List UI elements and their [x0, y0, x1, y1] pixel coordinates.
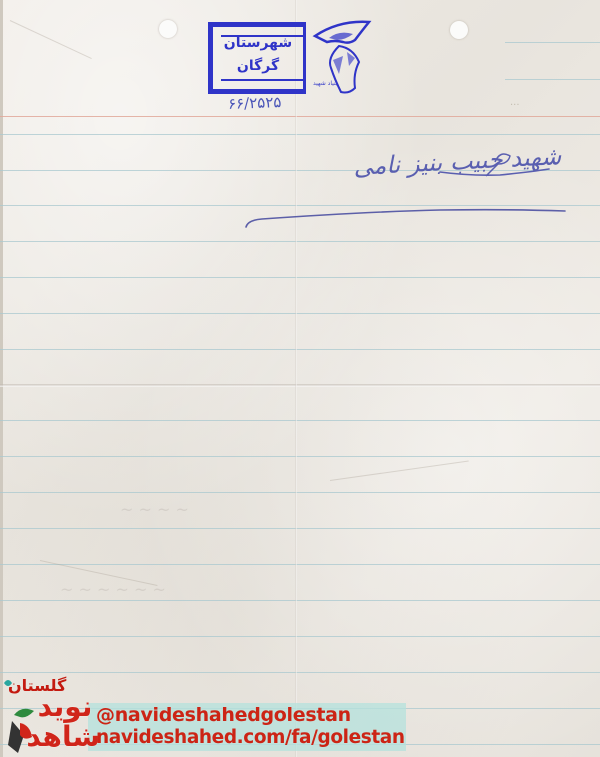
faint-note: ... — [510, 97, 520, 108]
vertical-fold — [295, 0, 297, 757]
bleed-through-text: ~ ~ ~ ~ — [120, 500, 189, 519]
ruled-line — [505, 79, 600, 80]
handwritten-title: شهید حبیب بنیز نامی — [261, 142, 564, 218]
ruled-line — [0, 672, 600, 673]
ruled-line — [0, 636, 600, 637]
ruled-line — [0, 528, 600, 529]
crease — [10, 20, 92, 59]
ruled-line — [0, 564, 600, 565]
watermark-url: navideshahed.com/fa/golestan — [96, 727, 405, 748]
bird-emblem-icon — [309, 18, 375, 100]
scanned-document: شهرستان گرگان بنیاد شهید ۶۶/۲۵۲۵ ... شهی… — [0, 0, 600, 757]
ruled-line — [0, 456, 600, 457]
logo-name: نوید شاهد — [30, 692, 100, 752]
pen-strokes — [0, 0, 600, 757]
ruled-line — [0, 313, 600, 314]
stamp-line-2: گرگان — [215, 58, 301, 74]
ruled-line — [0, 420, 600, 421]
horizontal-fold — [0, 384, 600, 387]
ruled-line — [0, 134, 600, 135]
paper-edge — [0, 0, 3, 757]
ruled-line — [0, 492, 600, 493]
margin-line — [0, 116, 600, 117]
stamp-reference-number: ۶۶/۲۵۲۵ — [228, 93, 282, 113]
punch-hole — [159, 20, 177, 38]
watermark-handle: @navideshahedgolestan — [96, 704, 351, 726]
crease — [330, 461, 469, 481]
official-stamp: شهرستان گرگان بنیاد شهید — [205, 18, 375, 100]
ruled-line — [0, 277, 600, 278]
ruled-line — [0, 349, 600, 350]
punch-hole — [450, 21, 468, 39]
stamp-small-text: بنیاد شهید — [313, 80, 337, 87]
ruled-line — [0, 241, 600, 242]
ruled-line — [0, 600, 600, 601]
ruled-line — [505, 42, 600, 43]
stamp-line-1: شهرستان — [215, 35, 301, 51]
bleed-through-text: ~ ~ ~ ~ ~ ~ — [60, 580, 166, 599]
